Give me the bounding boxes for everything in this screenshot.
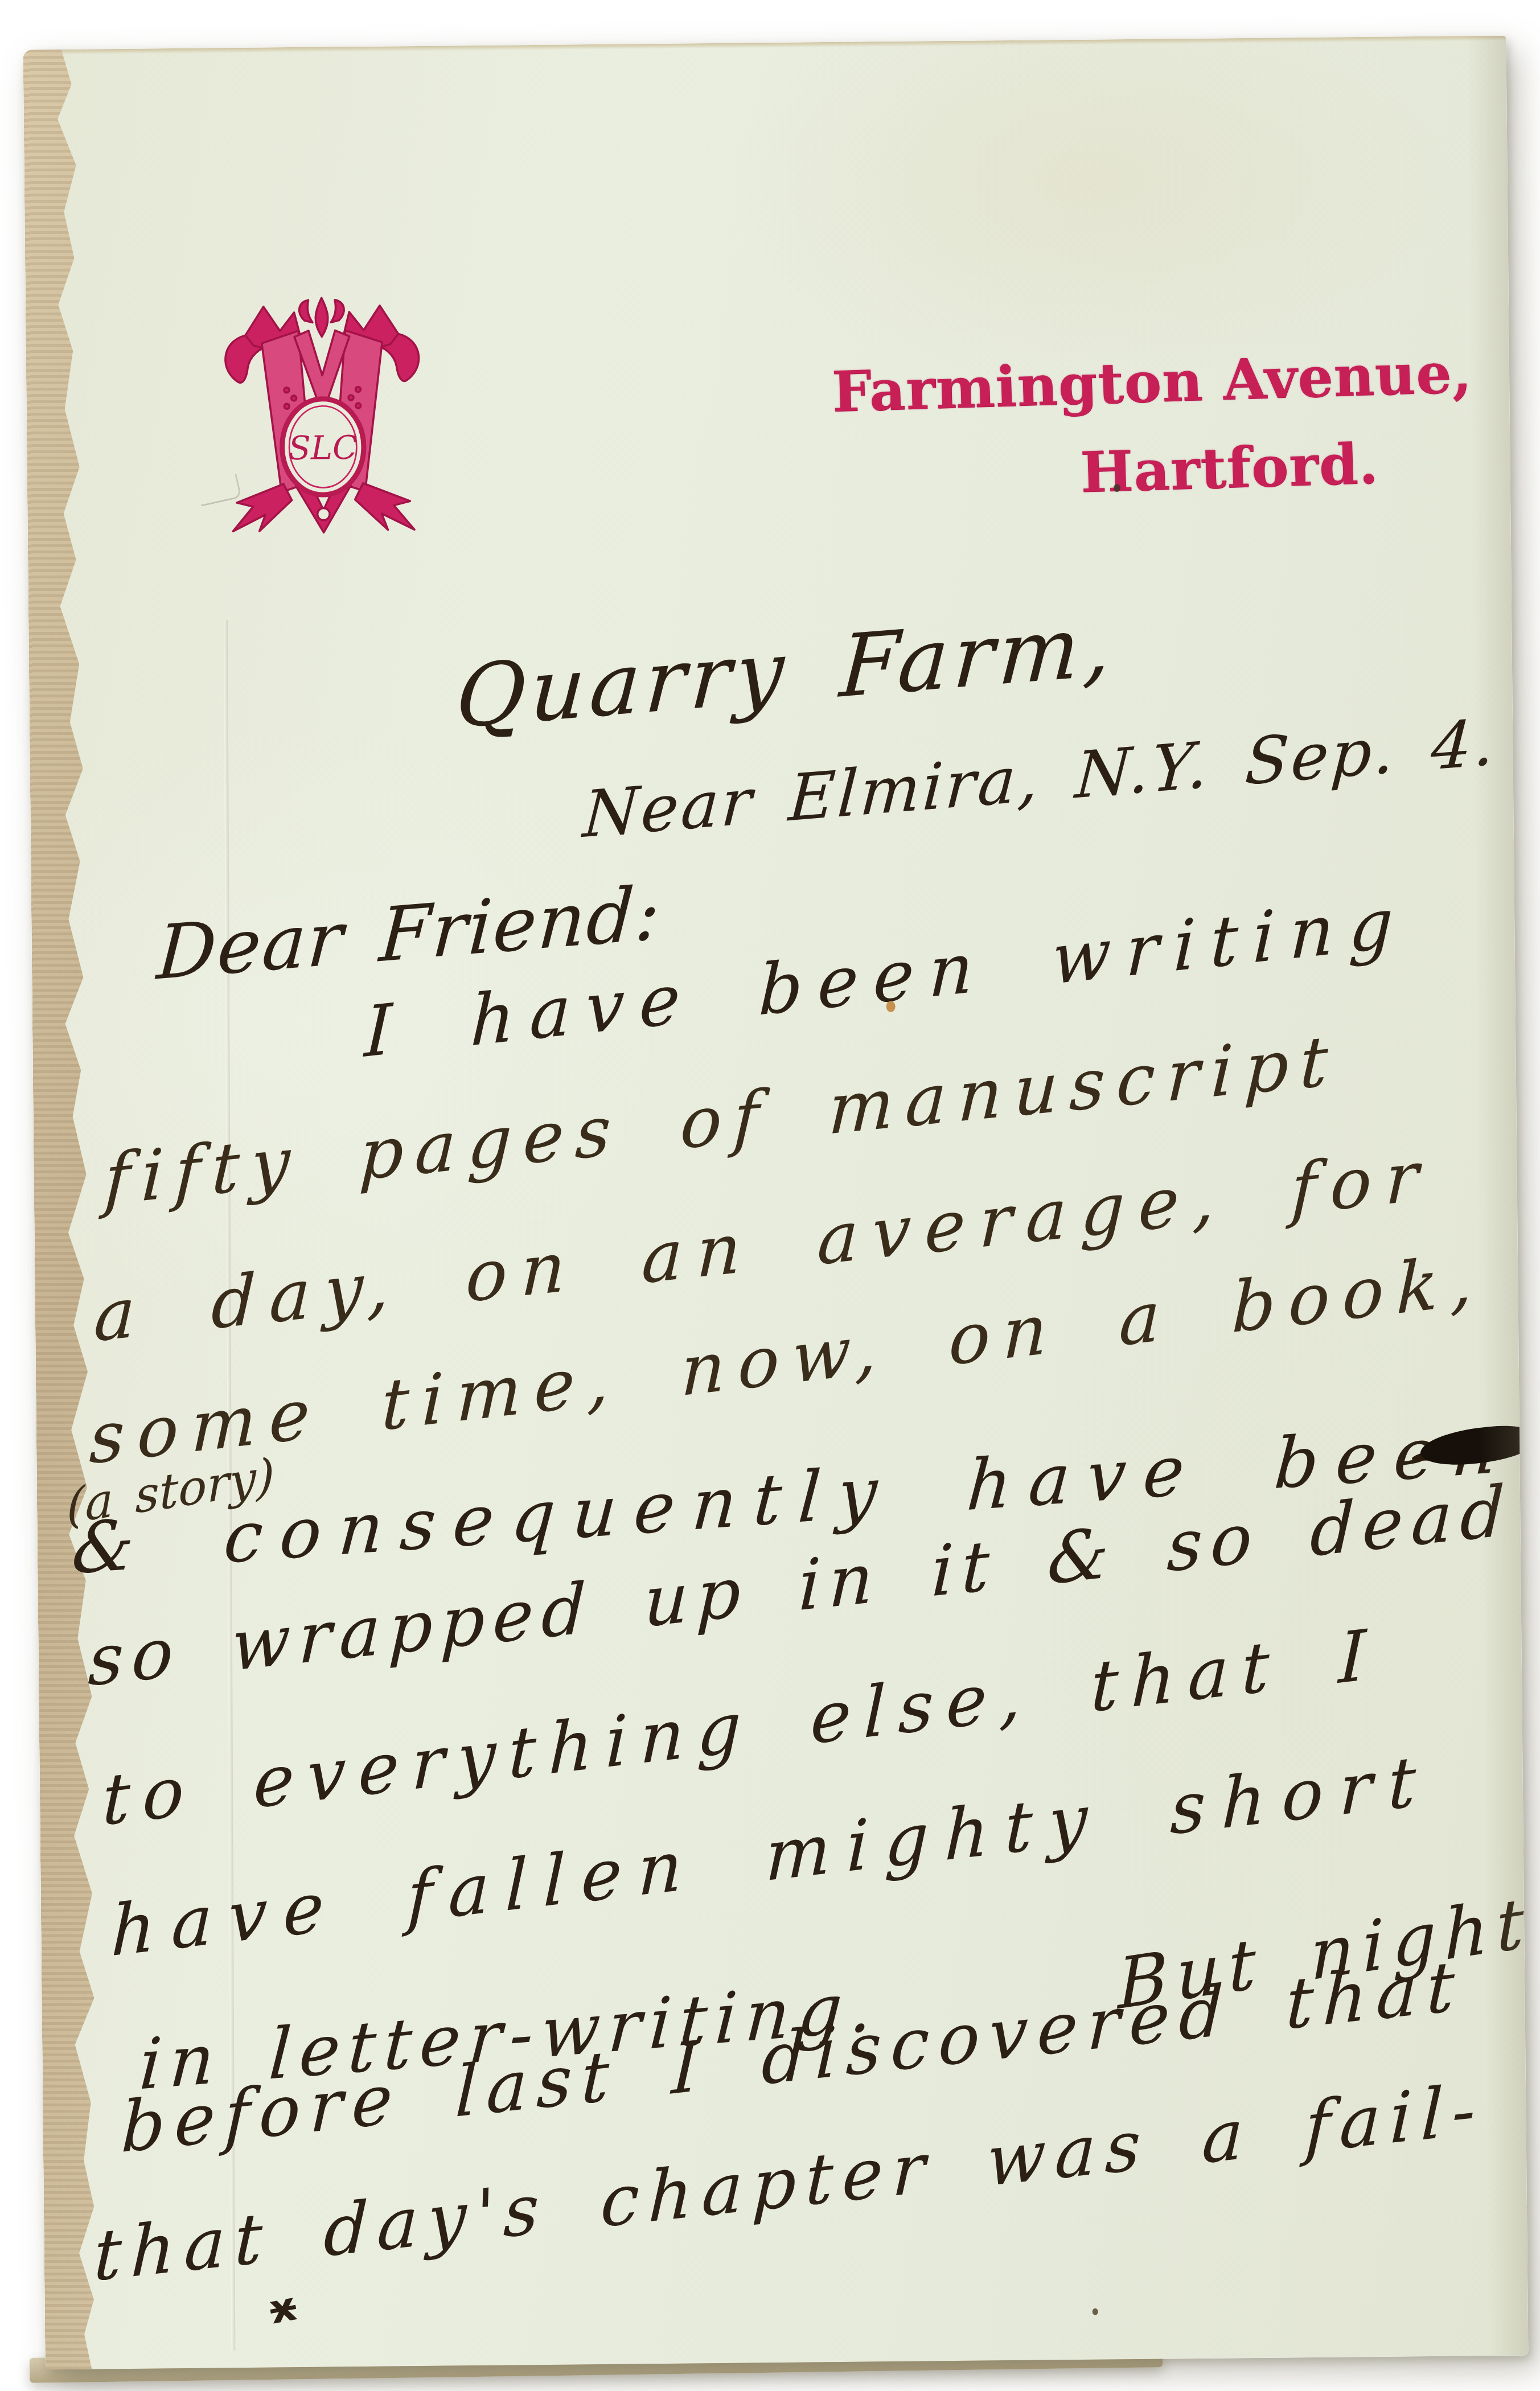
strikeout-mark: x xyxy=(266,2286,299,2330)
letterhead-city: Hartford. xyxy=(1079,436,1379,501)
deckled-binding-edge xyxy=(23,50,100,2370)
monogram-initials: SLC xyxy=(288,429,358,467)
letter-page: SLC Farmington Avenue, Hartford. Quarry … xyxy=(23,36,1529,2370)
heading-date-line: Near Elmira, N.Y. Sep. 4. xyxy=(581,710,1498,848)
slc-monogram-icon: SLC xyxy=(202,291,443,538)
letterhead-address: Farmington Avenue, xyxy=(831,345,1473,420)
scanned-letter-photo: SLC Farmington Avenue, Hartford. Quarry … xyxy=(0,0,1540,2391)
paper-speck xyxy=(1093,2308,1098,2315)
paper-speck xyxy=(1114,484,1120,492)
paper-speck xyxy=(886,1001,896,1012)
heading-place-line: Quarry Farm, xyxy=(454,602,1118,741)
